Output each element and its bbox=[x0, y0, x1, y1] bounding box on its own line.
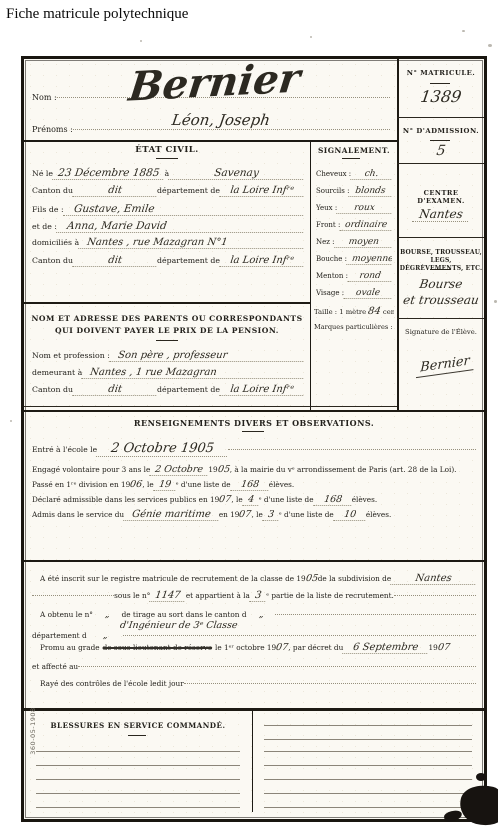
visage-label: Visage : bbox=[316, 289, 344, 297]
promu-struck-grade: de sous-lieutenant de réserve bbox=[100, 643, 215, 652]
dept2-value: la Loire Infʳᵉ bbox=[219, 255, 304, 267]
taille-label: Taille : 1 mètre bbox=[314, 308, 366, 316]
menton-value: rond bbox=[347, 271, 392, 282]
admission-value: 5 bbox=[398, 143, 484, 159]
domicilies-row: domiciliés à Nantes , rue Mazagran N°1 bbox=[32, 237, 304, 249]
departement-leader bbox=[123, 635, 476, 636]
canton2-value: dit bbox=[72, 255, 158, 267]
decret-date: 6 Septembre bbox=[342, 642, 429, 654]
nom-value-handwritten: Bernier bbox=[126, 54, 303, 110]
blessures-box-divider bbox=[252, 711, 253, 812]
engage-year: 05 bbox=[217, 464, 231, 475]
promu-text-c: , par décret du bbox=[288, 643, 343, 652]
declare-text-c: ᵉ d'une liste de bbox=[259, 495, 314, 504]
prenoms-label: Prénoms : bbox=[32, 125, 73, 134]
engage-text-c: , à la mairie du vᵉ arrondissement de Pa… bbox=[230, 465, 457, 474]
sourcils-row: Sourcils : blonds bbox=[316, 186, 392, 197]
sous-numero-label: sous le n° bbox=[114, 591, 150, 600]
affecte-label: et affecté au bbox=[32, 662, 78, 671]
etat-civil-blank-1 bbox=[32, 276, 304, 277]
bouche-label: Bouche : bbox=[316, 255, 347, 263]
fiche-matricule-document: Nom : Bernier Prénoms : Léon, Joseph N° … bbox=[21, 56, 487, 822]
cheveux-value: ch. bbox=[350, 169, 392, 180]
right-column-separator bbox=[397, 59, 399, 412]
engage-row: Engagé volontaire pour 3 ans le 2 Octobr… bbox=[32, 464, 476, 476]
tirage-canton-value: „ bbox=[246, 610, 276, 620]
dept1-label: département de bbox=[157, 186, 220, 195]
scan-noise bbox=[140, 40, 142, 42]
front-value: ordinaire bbox=[340, 220, 392, 231]
promu-text-b: le 1ᵉʳ octobre 19 bbox=[215, 643, 276, 652]
tirage-numero-value: „ bbox=[92, 610, 122, 620]
canton1-value: dit bbox=[72, 185, 158, 197]
renseignements-title: RENSEIGNEMENTS DIVERS ET OBSERVATIONS. bbox=[24, 418, 484, 428]
matricule-label: N° MATRICULE. bbox=[399, 69, 483, 77]
birthplace-value: Savenay bbox=[168, 167, 304, 180]
blessures-left-line bbox=[36, 751, 240, 752]
demeurant-label: demeurant à bbox=[32, 368, 82, 377]
fils-de-row: Fils de : Gustave, Emile bbox=[32, 203, 304, 216]
entre-label: Entré à l'école le bbox=[32, 445, 97, 454]
right-col-rule-4 bbox=[397, 318, 484, 319]
etat-civil-blank-2 bbox=[32, 290, 304, 291]
demeurant-value: Nantes , 1 rue Mazagran bbox=[81, 367, 304, 379]
blessures-left-line bbox=[36, 765, 240, 766]
engage-text-b: 19 bbox=[208, 465, 217, 474]
passe-text-d: élèves. bbox=[269, 480, 294, 489]
cheveux-row: Cheveux : ch. bbox=[316, 169, 392, 180]
declare-count: 168 bbox=[313, 494, 353, 506]
dept1-value: la Loire Infʳᵉ bbox=[219, 185, 304, 197]
blessures-box-top-rule bbox=[24, 708, 484, 711]
matricule-dash bbox=[430, 83, 450, 84]
taille-row: Taille : 1 mètre 84 cent. bbox=[314, 306, 394, 317]
yeux-label: Yeux : bbox=[316, 204, 337, 212]
admis-year: 07 bbox=[239, 509, 253, 520]
raye-row: Rayé des contrôles de l'école ledit jour bbox=[40, 679, 476, 688]
blessures-right-line bbox=[264, 779, 472, 780]
declare-rank: 4 bbox=[242, 494, 260, 506]
parents-canton-value: dit bbox=[72, 384, 158, 396]
visage-row: Visage : ovale bbox=[316, 288, 392, 299]
admis-rank: 3 bbox=[262, 509, 280, 521]
decret-year: 07 bbox=[437, 642, 451, 653]
signalement-dash bbox=[342, 158, 360, 159]
print-reference-code: 360-05-1908 bbox=[29, 706, 37, 756]
blessures-right-line bbox=[264, 751, 472, 752]
admis-text-c: , le bbox=[252, 510, 263, 519]
parents-canton-row: Canton du dit département de la Loire In… bbox=[32, 384, 304, 396]
grade-insertion-handwritten: d'Ingénieur de 3ᵉ Classe bbox=[119, 620, 238, 631]
engage-text-a: Engagé volontaire pour 3 ans le bbox=[32, 465, 150, 474]
signalement-title: SIGNALEMENT. bbox=[311, 146, 397, 155]
nez-row: Nez : moyen bbox=[316, 237, 392, 248]
admis-text-b: en 19 bbox=[219, 510, 240, 519]
matricule-value: 1389 bbox=[398, 87, 485, 106]
inscrit-text-a: A été inscrit sur le registre matricule … bbox=[40, 574, 306, 583]
right-col-rule-1 bbox=[397, 117, 484, 118]
declare-row: Déclaré admissible dans les services pub… bbox=[32, 494, 476, 506]
ink-blot-decoration bbox=[456, 780, 498, 830]
scan-noise bbox=[494, 300, 497, 303]
scan-noise bbox=[462, 30, 465, 32]
promu-text-d: 19 bbox=[429, 643, 438, 652]
inscrit-classe-year: 05 bbox=[305, 573, 319, 584]
taille-unit: cent. bbox=[383, 308, 394, 316]
entre-leader bbox=[228, 449, 476, 450]
canton1-label: Canton du bbox=[32, 186, 73, 195]
parents-dept-label: département de bbox=[157, 385, 220, 394]
affecte-row: et affecté au bbox=[32, 662, 476, 671]
blessures-right-line bbox=[264, 765, 472, 766]
promu-row: Promu au grade de sous-lieutenant de rés… bbox=[40, 642, 476, 654]
right-col-rule-2 bbox=[397, 163, 484, 164]
sourcils-label: Sourcils : bbox=[316, 187, 349, 195]
admis-text-d: ᵉ d'une liste de bbox=[279, 510, 334, 519]
scan-noise bbox=[10, 420, 12, 422]
et-de-label: et de : bbox=[32, 222, 57, 231]
canton1-row: Canton du dit département de la Loire In… bbox=[32, 185, 304, 197]
sous-numero-value: 1147 bbox=[150, 590, 187, 602]
ink-blot-decoration bbox=[443, 809, 463, 823]
page-title: Fiche matricule polytechnique bbox=[6, 6, 188, 23]
tirage-label: A obtenu le n° bbox=[40, 610, 93, 619]
tirage-text-b: de tirage au sort dans le canton d bbox=[122, 610, 247, 619]
inscrit-text-b: de la subdivision de bbox=[318, 574, 391, 583]
declare-text-b: , le bbox=[231, 495, 242, 504]
admis-row: Admis dans le service du Génie maritime … bbox=[32, 509, 476, 521]
scan-noise bbox=[488, 44, 492, 47]
sourcils-value: blonds bbox=[349, 186, 392, 197]
signature-value: Bernier bbox=[416, 353, 474, 378]
domicilies-label: domiciliés à bbox=[32, 238, 79, 247]
engage-date: 2 Octobre bbox=[150, 464, 210, 476]
entre-value: 2 Octobre 1905 bbox=[96, 441, 229, 457]
bouche-row: Bouche : moyenne bbox=[316, 254, 392, 265]
centre-examen-value: Nantes bbox=[412, 207, 470, 222]
passe-text-a: Passé en 1ʳᵉ division en 19 bbox=[32, 480, 130, 489]
passe-text-b: , le bbox=[142, 480, 153, 489]
fils-de-label: Fils de : bbox=[32, 205, 64, 214]
sous-le-numero-row: sous le n° 1147 et appartient à la 3 ᵉ p… bbox=[32, 590, 476, 602]
yeux-row: Yeux : roux bbox=[316, 203, 392, 214]
raye-label: Rayé des contrôles de l'école ledit jour bbox=[40, 679, 184, 688]
inscrit-row: A été inscrit sur le registre matricule … bbox=[40, 573, 476, 585]
entre-row: Entré à l'école le 2 Octobre 1905 bbox=[32, 441, 476, 457]
parents-dept-value: la Loire Infʳᵉ bbox=[219, 384, 304, 396]
nom-profession-value: Son père , professeur bbox=[109, 350, 304, 362]
signature-label: Signature de l'Élève. bbox=[399, 328, 483, 336]
bourse-value-line2: et trousseau bbox=[398, 293, 484, 307]
bourse-dash bbox=[430, 269, 450, 270]
demeurant-row: demeurant à Nantes , 1 rue Mazagran bbox=[32, 367, 304, 379]
declare-text-d: élèves. bbox=[352, 495, 377, 504]
declare-text-a: Déclaré admissible dans les services pub… bbox=[32, 495, 219, 504]
signalement-separator bbox=[310, 140, 311, 412]
dept2-label: département de bbox=[157, 256, 220, 265]
departement-value: „ bbox=[86, 631, 124, 641]
ne-le-label: Né le bbox=[32, 169, 53, 178]
domicilies-value: Nantes , rue Mazagran N°1 bbox=[78, 237, 304, 249]
nom-label: Nom : bbox=[32, 93, 57, 102]
rens-blank-1 bbox=[34, 532, 474, 533]
admission-dash bbox=[430, 140, 450, 141]
parents-canton-label: Canton du bbox=[32, 385, 73, 394]
blessures-right-line bbox=[264, 739, 472, 740]
nez-value: moyen bbox=[334, 237, 392, 248]
ne-le-row: Né le 23 Décembre 1885 à Savenay bbox=[32, 167, 304, 180]
right-col-rule-3 bbox=[397, 237, 484, 238]
canton2-row: Canton du dit département de la Loire In… bbox=[32, 255, 304, 267]
prenoms-leader bbox=[73, 129, 390, 130]
menton-row: Menton : rond bbox=[316, 271, 392, 282]
front-row: Front : ordinaire bbox=[316, 220, 392, 231]
ne-le-value: 23 Décembre 1885 bbox=[52, 167, 165, 180]
parents-dash bbox=[156, 340, 178, 341]
blessures-dash bbox=[128, 735, 146, 736]
passe-year: 06 bbox=[130, 479, 144, 490]
blessures-right-line bbox=[264, 793, 472, 794]
section-full-rule bbox=[24, 410, 484, 412]
passe-row: Passé en 1ʳᵉ division en 1906 , le 19 ᵉ … bbox=[32, 479, 476, 491]
et-de-row: et de : Anna, Marie David bbox=[32, 220, 304, 233]
blessures-title: BLESSURES EN SERVICE COMMANDÉ. bbox=[28, 721, 248, 730]
bourse-value-line1: Bourse bbox=[398, 277, 484, 291]
partie-rank: 3 bbox=[249, 590, 267, 602]
passe-count: 168 bbox=[230, 479, 270, 491]
declare-year: 07 bbox=[218, 494, 232, 505]
blessures-left-line bbox=[36, 779, 240, 780]
tirage-row: A obtenu le n° „ de tirage au sort dans … bbox=[40, 610, 476, 620]
parents-title-line2: QUI DOIVENT PAYER LE PRIX DE LA PENSION. bbox=[28, 326, 306, 335]
fils-de-value: Gustave, Emile bbox=[63, 203, 304, 216]
scan-noise bbox=[310, 36, 312, 38]
taille-value: 84 bbox=[365, 306, 383, 317]
departement-label: département d bbox=[32, 631, 87, 640]
etat-civil-bottom-rule bbox=[24, 302, 310, 304]
promu-year: 07 bbox=[275, 642, 289, 653]
passe-text-c: ᵉ d'une liste de bbox=[176, 480, 231, 489]
cheveux-label: Cheveux : bbox=[316, 170, 351, 178]
parents-bottom-rule bbox=[24, 406, 397, 407]
centre-examen-label: CENTRE D'EXAMEN. bbox=[399, 189, 483, 205]
affecte-leader bbox=[78, 666, 476, 667]
bouche-value: moyenne bbox=[346, 254, 392, 265]
nez-label: Nez : bbox=[316, 238, 335, 246]
sous-numero-leader bbox=[32, 595, 114, 596]
insc-blank bbox=[32, 698, 476, 699]
nom-profession-label: Nom et profession : bbox=[32, 351, 110, 360]
blessures-right-line bbox=[264, 807, 472, 808]
appartient-text: et appartient à la bbox=[186, 591, 250, 600]
passe-rank: 19 bbox=[153, 479, 177, 491]
admis-text-a: Admis dans le service du bbox=[32, 510, 124, 519]
menton-label: Menton : bbox=[316, 272, 348, 280]
visage-value: ovale bbox=[343, 288, 392, 299]
admis-text-e: élèves. bbox=[366, 510, 391, 519]
canton2-label: Canton du bbox=[32, 256, 73, 265]
departement-row: département d „ bbox=[32, 631, 476, 641]
ink-blot-decoration bbox=[476, 773, 486, 781]
partie-text: ᵉ partie de la liste de recrutement. bbox=[266, 591, 394, 600]
raye-leader bbox=[184, 683, 476, 684]
marques-label: Marques particulières : bbox=[314, 323, 393, 331]
blessures-left-line bbox=[36, 793, 240, 794]
yeux-value: roux bbox=[336, 203, 392, 214]
parents-title-line1: NOM ET ADRESSE DES PARENTS OU CORRESPOND… bbox=[28, 314, 306, 323]
renseignements-bottom-rule bbox=[24, 560, 484, 562]
rens-blank-2 bbox=[34, 548, 474, 549]
admis-count: 10 bbox=[333, 509, 367, 521]
prenoms-value-handwritten: Léon, Joseph bbox=[171, 111, 271, 129]
et-de-value: Anna, Marie David bbox=[56, 220, 304, 233]
blessures-right-line bbox=[264, 725, 472, 726]
partie-leader bbox=[394, 595, 476, 596]
tirage-leader bbox=[275, 614, 476, 615]
etat-civil-dash bbox=[156, 158, 178, 159]
etat-civil-title: ÉTAT CIVIL. bbox=[28, 145, 306, 155]
promu-text-a: Promu au grade bbox=[40, 643, 100, 652]
admis-service: Génie maritime bbox=[123, 509, 219, 521]
blessures-left-line bbox=[36, 807, 240, 808]
inscrit-subdivision: Nantes bbox=[390, 573, 476, 585]
name-box-bottom-rule bbox=[24, 140, 397, 142]
nom-profession-row: Nom et profession : Son père , professeu… bbox=[32, 350, 304, 362]
renseignements-dash bbox=[242, 431, 264, 432]
admission-label: N° D'ADMISSION. bbox=[399, 127, 483, 135]
front-label: Front : bbox=[316, 221, 340, 229]
